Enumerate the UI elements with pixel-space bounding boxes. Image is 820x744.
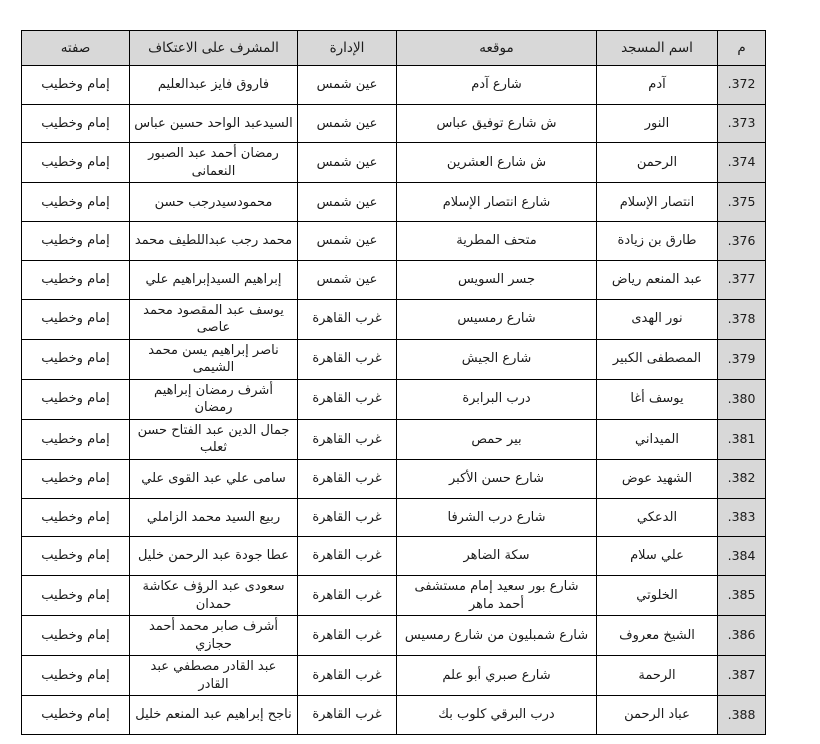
role-cell: إمام وخطيب <box>22 66 130 105</box>
table-row: 382.الشهيد عوضشارع حسن الأكبرغرب القاهرة… <box>22 459 766 498</box>
mosque-name-cell: الدعكي <box>597 498 718 537</box>
mosque-name-cell: نور الهدى <box>597 299 718 339</box>
role-cell: إمام وخطيب <box>22 104 130 143</box>
serial-number-cell: 387. <box>718 656 766 696</box>
serial-number-cell: 379. <box>718 339 766 379</box>
table-row: 379.المصطفى الكبيرشارع الجيشغرب القاهرةن… <box>22 339 766 379</box>
administration-cell: عين شمس <box>298 66 397 105</box>
location-cell: شارع درب الشرفا <box>397 498 597 537</box>
table-row: 372.آدمشارع آدمعين شمسفاروق فايز عبدالعل… <box>22 66 766 105</box>
administration-cell: غرب القاهرة <box>298 379 397 419</box>
table-row: 387.الرحمةشارع صبري أبو علمغرب القاهرةعب… <box>22 656 766 696</box>
mosque-name-cell: الشهيد عوض <box>597 459 718 498</box>
location-cell: شارع آدم <box>397 66 597 105</box>
supervisor-cell: عبد القادر مصطفي عبد القادر <box>130 656 298 696</box>
table-row: 386.الشيخ معروفشارع شمبليون من شارع رمسي… <box>22 616 766 656</box>
role-cell: إمام وخطيب <box>22 183 130 222</box>
location-cell: جسر السويس <box>397 260 597 299</box>
serial-number-cell: 385. <box>718 575 766 615</box>
supervisor-cell: إبراهيم السيدإبراهيم علي <box>130 260 298 299</box>
supervisor-cell: جمال الدين عبد الفتاح حسن ثعلب <box>130 419 298 459</box>
role-cell: إمام وخطيب <box>22 299 130 339</box>
role-cell: إمام وخطيب <box>22 616 130 656</box>
administration-cell: عين شمس <box>298 143 397 183</box>
administration-cell: عين شمس <box>298 104 397 143</box>
supervisor-cell: محمودسيدرجب حسن <box>130 183 298 222</box>
location-cell: شارع صبري أبو علم <box>397 656 597 696</box>
location-cell: سكة الضاهر <box>397 537 597 576</box>
mosque-name-cell: طارق بن زيادة <box>597 222 718 261</box>
mosque-name-cell: الشيخ معروف <box>597 616 718 656</box>
administration-cell: عين شمس <box>298 260 397 299</box>
role-cell: إمام وخطيب <box>22 260 130 299</box>
serial-number-cell: 383. <box>718 498 766 537</box>
location-cell: درب البرابرة <box>397 379 597 419</box>
role-cell: إمام وخطيب <box>22 379 130 419</box>
mosque-name-cell: يوسف أغا <box>597 379 718 419</box>
table-row: 376.طارق بن زيادةمتحف المطريةعين شمسمحمد… <box>22 222 766 261</box>
table-row: 380.يوسف أغادرب البرابرةغرب القاهرةأشرف … <box>22 379 766 419</box>
mosque-name-cell: الرحمن <box>597 143 718 183</box>
location-cell: شارع بور سعيد إمام مستشفى أحمد ماهر <box>397 575 597 615</box>
table-row: 388.عباد الرحمندرب البرقي كلوب بكغرب الق… <box>22 696 766 735</box>
header-administration: الإدارة <box>298 31 397 66</box>
mosque-name-cell: علي سلام <box>597 537 718 576</box>
supervisor-cell: ربيع السيد محمد الزاملي <box>130 498 298 537</box>
administration-cell: غرب القاهرة <box>298 419 397 459</box>
serial-number-cell: 381. <box>718 419 766 459</box>
header-location: موقعه <box>397 31 597 66</box>
role-cell: إمام وخطيب <box>22 696 130 735</box>
administration-cell: غرب القاهرة <box>298 299 397 339</box>
supervisor-cell: ناجح إبراهيم عبد المنعم خليل <box>130 696 298 735</box>
table-row: 384.علي سلامسكة الضاهرغرب القاهرةعطا جود… <box>22 537 766 576</box>
serial-number-cell: 373. <box>718 104 766 143</box>
table-body: 372.آدمشارع آدمعين شمسفاروق فايز عبدالعل… <box>22 66 766 735</box>
table-row: 378.نور الهدىشارع رمسيسغرب القاهرةيوسف ع… <box>22 299 766 339</box>
serial-number-cell: 372. <box>718 66 766 105</box>
location-cell: بير حمص <box>397 419 597 459</box>
mosque-name-cell: انتصار الإسلام <box>597 183 718 222</box>
role-cell: إمام وخطيب <box>22 575 130 615</box>
supervisor-cell: سامى علي عبد القوى علي <box>130 459 298 498</box>
mosque-name-cell: عباد الرحمن <box>597 696 718 735</box>
role-cell: إمام وخطيب <box>22 656 130 696</box>
table-row: 374.الرحمنش شارع العشرينعين شمسرمضان أحم… <box>22 143 766 183</box>
serial-number-cell: 388. <box>718 696 766 735</box>
supervisor-cell: أشرف صابر محمد أحمد حجازي <box>130 616 298 656</box>
administration-cell: غرب القاهرة <box>298 498 397 537</box>
table-row: 383.الدعكيشارع درب الشرفاغرب القاهرةربيع… <box>22 498 766 537</box>
location-cell: شارع انتصار الإسلام <box>397 183 597 222</box>
administration-cell: عين شمس <box>298 183 397 222</box>
serial-number-cell: 380. <box>718 379 766 419</box>
document-page: م اسم المسجد موقعه الإدارة المشرف على ال… <box>0 0 820 744</box>
role-cell: إمام وخطيب <box>22 498 130 537</box>
supervisor-cell: محمد رجب عبداللطيف محمد <box>130 222 298 261</box>
serial-number-cell: 375. <box>718 183 766 222</box>
role-cell: إمام وخطيب <box>22 419 130 459</box>
role-cell: إمام وخطيب <box>22 339 130 379</box>
header-role: صفته <box>22 31 130 66</box>
mosque-name-cell: الخلوتي <box>597 575 718 615</box>
administration-cell: غرب القاهرة <box>298 339 397 379</box>
header-itikaf-supervisor: المشرف على الاعتكاف <box>130 31 298 66</box>
administration-cell: غرب القاهرة <box>298 616 397 656</box>
role-cell: إمام وخطيب <box>22 222 130 261</box>
supervisor-cell: رمضان أحمد عبد الصبور النعمانى <box>130 143 298 183</box>
serial-number-cell: 376. <box>718 222 766 261</box>
mosque-name-cell: المصطفى الكبير <box>597 339 718 379</box>
header-mosque-name: اسم المسجد <box>597 31 718 66</box>
location-cell: شارع الجيش <box>397 339 597 379</box>
table-row: 375.انتصار الإسلامشارع انتصار الإسلامعين… <box>22 183 766 222</box>
role-cell: إمام وخطيب <box>22 143 130 183</box>
table-row: 373.النورش شارع توفيق عباسعين شمسالسيدعب… <box>22 104 766 143</box>
header-row: م اسم المسجد موقعه الإدارة المشرف على ال… <box>22 31 766 66</box>
administration-cell: غرب القاهرة <box>298 537 397 576</box>
mosque-name-cell: النور <box>597 104 718 143</box>
serial-number-cell: 377. <box>718 260 766 299</box>
table-row: 385.الخلوتيشارع بور سعيد إمام مستشفى أحم… <box>22 575 766 615</box>
administration-cell: عين شمس <box>298 222 397 261</box>
supervisor-cell: سعودى عبد الرؤف عكاشة حمدان <box>130 575 298 615</box>
location-cell: درب البرقي كلوب بك <box>397 696 597 735</box>
header-serial-number: م <box>718 31 766 66</box>
mosque-name-cell: آدم <box>597 66 718 105</box>
serial-number-cell: 386. <box>718 616 766 656</box>
administration-cell: غرب القاهرة <box>298 459 397 498</box>
mosque-name-cell: الميداني <box>597 419 718 459</box>
serial-number-cell: 382. <box>718 459 766 498</box>
location-cell: متحف المطرية <box>397 222 597 261</box>
administration-cell: غرب القاهرة <box>298 696 397 735</box>
serial-number-cell: 374. <box>718 143 766 183</box>
location-cell: شارع شمبليون من شارع رمسيس <box>397 616 597 656</box>
mosques-itikaf-table: م اسم المسجد موقعه الإدارة المشرف على ال… <box>21 30 766 735</box>
administration-cell: غرب القاهرة <box>298 575 397 615</box>
administration-cell: غرب القاهرة <box>298 656 397 696</box>
location-cell: ش شارع العشرين <box>397 143 597 183</box>
supervisor-cell: يوسف عبد المقصود محمد عاصى <box>130 299 298 339</box>
supervisor-cell: ناصر إبراهيم يسن محمد الشيمى <box>130 339 298 379</box>
supervisor-cell: فاروق فايز عبدالعليم <box>130 66 298 105</box>
mosque-name-cell: الرحمة <box>597 656 718 696</box>
location-cell: ش شارع توفيق عباس <box>397 104 597 143</box>
supervisor-cell: عطا جودة عبد الرحمن خليل <box>130 537 298 576</box>
supervisor-cell: أشرف رمضان إبراهيم رمضان <box>130 379 298 419</box>
table-row: 377.عبد المنعم رياضجسر السويسعين شمسإبرا… <box>22 260 766 299</box>
supervisor-cell: السيدعبد الواحد حسين عباس <box>130 104 298 143</box>
serial-number-cell: 384. <box>718 537 766 576</box>
role-cell: إمام وخطيب <box>22 537 130 576</box>
table-header: م اسم المسجد موقعه الإدارة المشرف على ال… <box>22 31 766 66</box>
location-cell: شارع رمسيس <box>397 299 597 339</box>
role-cell: إمام وخطيب <box>22 459 130 498</box>
location-cell: شارع حسن الأكبر <box>397 459 597 498</box>
mosque-name-cell: عبد المنعم رياض <box>597 260 718 299</box>
serial-number-cell: 378. <box>718 299 766 339</box>
table-row: 381.الميدانيبير حمصغرب القاهرةجمال الدين… <box>22 419 766 459</box>
